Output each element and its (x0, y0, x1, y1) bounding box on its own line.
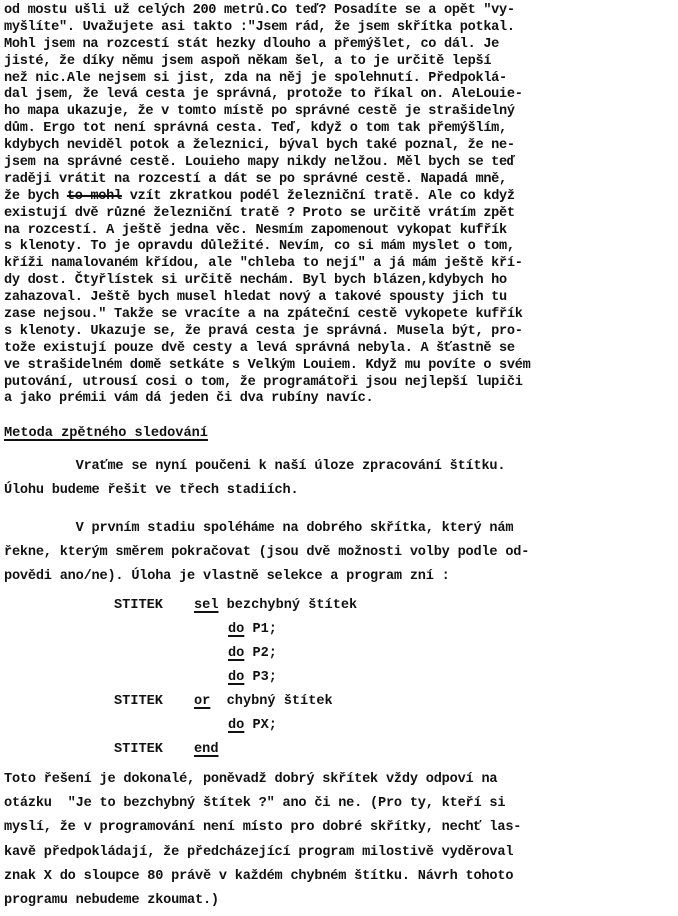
program-keyword: do (228, 670, 244, 685)
program-text: bezchybný štítek (218, 598, 357, 613)
text-line: než nic.Ale nejsem si jist, zda na něj j… (4, 71, 676, 88)
program-line: STITEKsel bezchybný štítek (114, 594, 357, 618)
program-label: STITEK (114, 738, 194, 762)
program-keyword: end (194, 742, 218, 757)
program-line: STITEKor chybný štítek (114, 690, 357, 714)
text-line: s klenoty. To je opravdu důležité. Nevím… (4, 239, 676, 256)
typewritten-page: od mostu ušli už celých 200 metrů.Co teď… (0, 0, 678, 916)
text-line: dům. Ergo tot není správná cesta. Teď, k… (4, 121, 676, 138)
text-line: s klenoty. Ukazuje se, že pravá cesta je… (4, 324, 676, 341)
text-line: otázku "Je to bezchybný štítek ?" ano či… (4, 792, 676, 816)
text-line: Mohl jsem na rozcestí stát hezky dlouho … (4, 37, 676, 54)
text-line: existují dvě různé železniční tratě ? Pr… (4, 206, 676, 223)
text-line: V prvním stadiu spoléháme na dobrého skř… (4, 517, 676, 541)
text-line: zahazoval. Ještě bych musel hledat nový … (4, 290, 676, 307)
section-heading: Metoda zpětného sledování (4, 426, 208, 441)
text-line: Toto řešení je dokonalé, poněvadž dobrý … (4, 768, 676, 792)
program-label: STITEK (114, 690, 194, 714)
program-keyword: do (228, 622, 244, 637)
text-line: jsem na správné cestě. Louieho mapy nikd… (4, 155, 676, 172)
program-text: P1; (244, 622, 277, 637)
program-text: PX; (244, 718, 277, 733)
text-line: Vraťme se nyní poučeni k naší úloze zpra… (4, 455, 676, 479)
program-keyword: or (194, 694, 210, 709)
text-line: Úlohu budeme řešit ve třech stadiích. (4, 479, 676, 503)
program-line: do PX; (114, 714, 357, 738)
text-line: a jako prémii vám dá jeden či dva rubíny… (4, 391, 676, 408)
text-line: raději vrátit na rozcestí a dát se po sp… (4, 172, 676, 189)
text-line: povědi ano/ne). Úloha je vlastně selekce… (4, 565, 676, 589)
program-line: STITEKend (114, 738, 357, 762)
program-line: do P2; (114, 642, 357, 666)
text-line: kdybych neviděl potok a železnici, býval… (4, 138, 676, 155)
program-line: do P1; (114, 618, 357, 642)
text-line: na rozcestí. A ještě jedna věc. Nesmím z… (4, 223, 676, 240)
text-line: putování, utrousí cosi o tom, že program… (4, 375, 676, 392)
paragraph-gap (4, 503, 676, 517)
text-line: dy dost. Čtyřlístek si určitě nechám. By… (4, 273, 676, 290)
text-line: dal jsem, že levá cesta je správná, prot… (4, 87, 676, 104)
text-line: ve strašidelném domě setkáte s Velkým Lo… (4, 358, 676, 375)
program-listing: STITEKsel bezchybný štítekdo P1;do P2;do… (114, 594, 357, 762)
text-line: jisté, že díky němu jsem aspoň někam šel… (4, 54, 676, 71)
program-keyword: do (228, 718, 244, 733)
program-line: do P3; (114, 666, 357, 690)
text-line: programu nebudeme zkoumat.) (4, 889, 676, 913)
program-keyword: sel (194, 598, 218, 613)
text-line: kavě předpokládají, že předcházející pro… (4, 841, 676, 865)
text-line: zase nejsou." Takže se vracíte a na zpát… (4, 307, 676, 324)
program-label: STITEK (114, 594, 194, 618)
program-text: P3; (244, 670, 277, 685)
text-line: myslí, že v programování není místo pro … (4, 816, 676, 840)
text-line: řekne, kterým směrem pokračovat (jsou dv… (4, 541, 676, 565)
text-line: kříži namalovaném křídou, ale "chleba to… (4, 256, 676, 273)
struck-text: to mohl (67, 189, 122, 204)
story-paragraph: od mostu ušli už celých 200 metrů.Co teď… (4, 3, 676, 408)
program-keyword: do (228, 646, 244, 661)
text-line: od mostu ušli už celých 200 metrů.Co teď… (4, 3, 676, 20)
program-text: P2; (244, 646, 277, 661)
text-line: že bych to mohl vzít zkratkou podél žele… (4, 189, 676, 206)
text-line: znak X do sloupce 80 právě v každém chyb… (4, 865, 676, 889)
text-line: myšlíte". Uvažujete asi takto :"Jsem rád… (4, 20, 676, 37)
closing-paragraph: Toto řešení je dokonalé, poněvadž dobrý … (4, 768, 676, 913)
intro-paragraphs: Vraťme se nyní poučeni k naší úloze zpra… (4, 455, 676, 589)
text-line: ho mapa ukazuje, že v tomto místě po spr… (4, 104, 676, 121)
program-text: chybný štítek (210, 694, 332, 709)
text-line: tože existují pouze dvě cesty a levá spr… (4, 341, 676, 358)
